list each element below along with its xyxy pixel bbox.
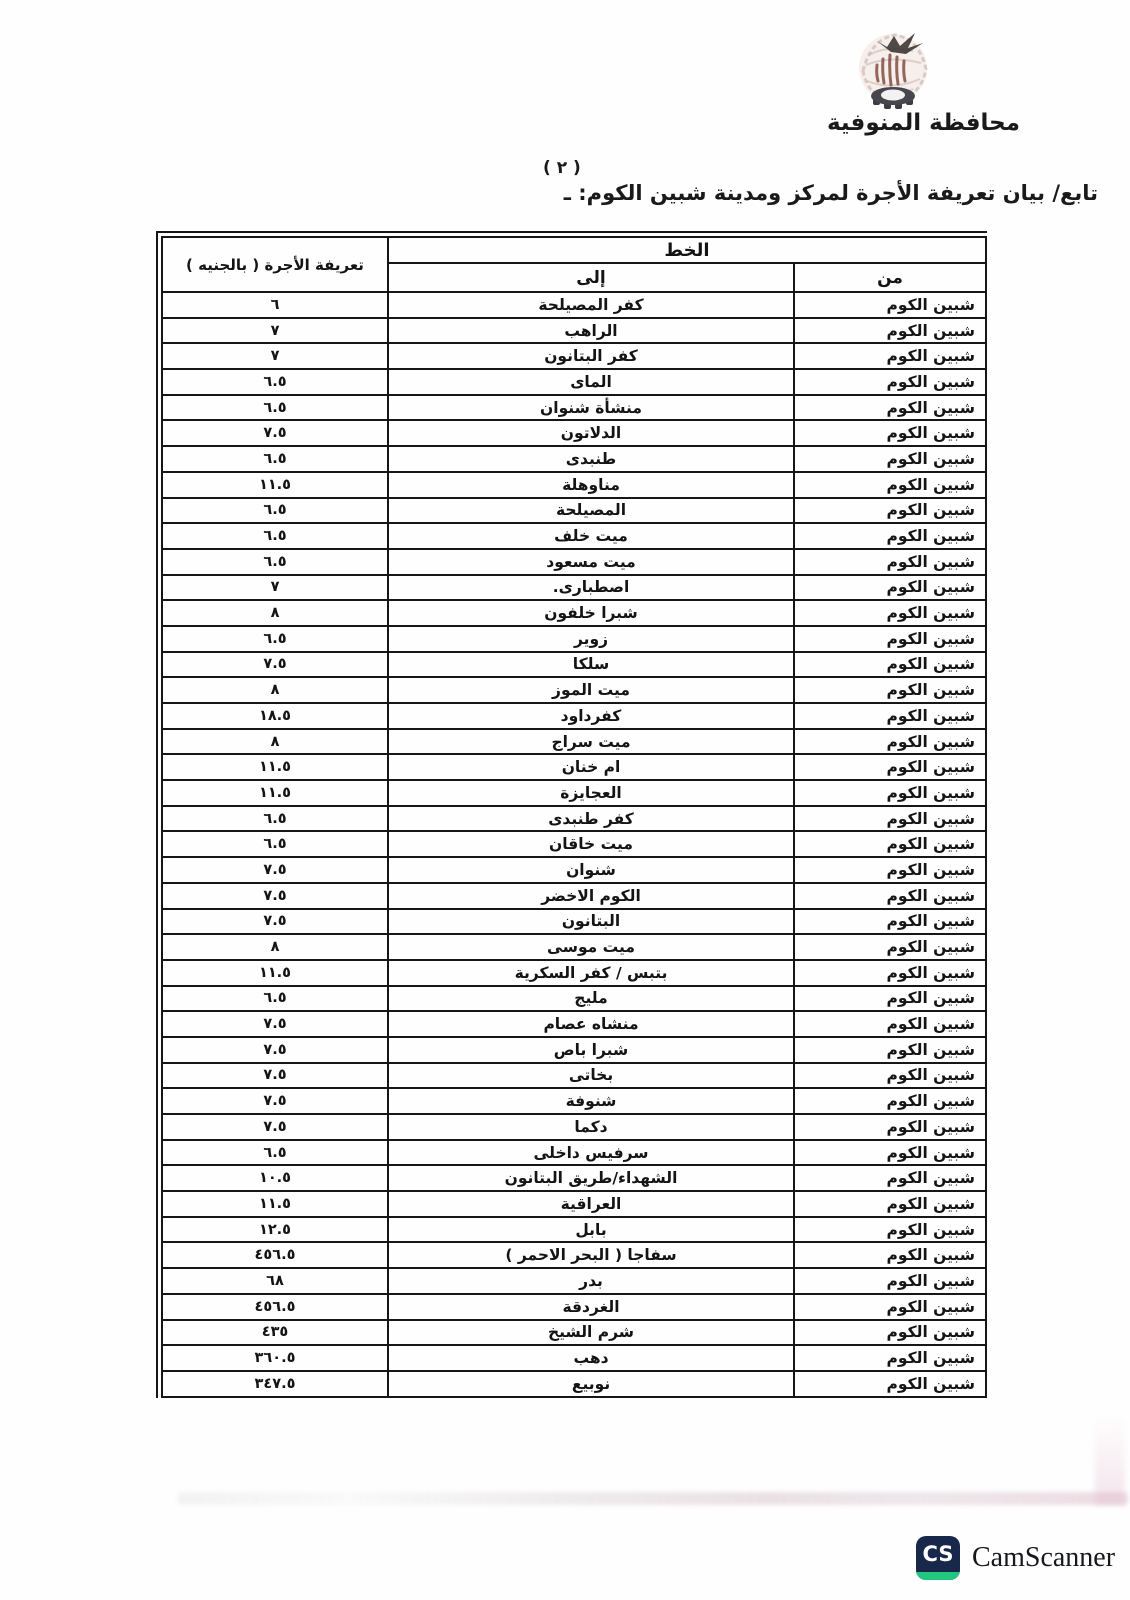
from-cell: شبين الكوم: [794, 1063, 986, 1089]
table-row: شبين الكومسلكا٧.٥: [162, 652, 986, 678]
table-row: شبين الكومشرم الشيخ٤٣٥: [162, 1320, 986, 1346]
from-cell: شبين الكوم: [794, 652, 986, 678]
fare-cell: ٧.٥: [162, 420, 388, 446]
to-cell: سفاجا ( البحر الاحمر ): [388, 1242, 794, 1268]
fare-cell: ٧.٥: [162, 883, 388, 909]
table-row: شبين الكومالعراقية١١.٥: [162, 1191, 986, 1217]
to-cell: شنوفة: [388, 1088, 794, 1114]
camscanner-icon: CS: [916, 1536, 960, 1580]
from-cell: شبين الكوم: [794, 1037, 986, 1063]
from-cell: شبين الكوم: [794, 1320, 986, 1346]
from-cell: شبين الكوم: [794, 369, 986, 395]
column-header-fare: تعريفة الأجرة ( بالجنيه ): [162, 237, 388, 292]
to-cell: كفر البتانون: [388, 343, 794, 369]
from-cell: شبين الكوم: [794, 1114, 986, 1140]
from-cell: شبين الكوم: [794, 1088, 986, 1114]
table-row: شبين الكوممليج٦.٥: [162, 986, 986, 1012]
fare-cell: ١١.٥: [162, 754, 388, 780]
from-cell: شبين الكوم: [794, 729, 986, 755]
to-cell: منشاه عصام: [388, 1011, 794, 1037]
to-cell: طنبدى: [388, 446, 794, 472]
to-cell: بابل: [388, 1217, 794, 1243]
to-cell: العراقية: [388, 1191, 794, 1217]
table-row: شبين الكوماصطبارى.٧: [162, 575, 986, 601]
table-row: شبين الكومطنبدى٦.٥: [162, 446, 986, 472]
column-header-from: من: [794, 263, 986, 292]
from-cell: شبين الكوم: [794, 395, 986, 421]
from-cell: شبين الكوم: [794, 498, 986, 524]
table-row: شبين الكومبخاتى٧.٥: [162, 1063, 986, 1089]
fare-cell: ٦.٥: [162, 395, 388, 421]
fare-cell: ٤٣٥: [162, 1320, 388, 1346]
from-cell: شبين الكوم: [794, 934, 986, 960]
table-row: شبين الكومكفر البتانون٧: [162, 343, 986, 369]
to-cell: مليج: [388, 986, 794, 1012]
to-cell: سرفيس داخلى: [388, 1140, 794, 1166]
table-row: شبين الكومالغردقة٤٥٦.٥: [162, 1294, 986, 1320]
table-row: شبين الكومالراهب٧: [162, 318, 986, 344]
table-row: شبين الكوممنشأة شنوان٦.٥: [162, 395, 986, 421]
table-row: شبين الكومنوبيع٣٤٧.٥: [162, 1371, 986, 1397]
to-cell: ميت خلف: [388, 523, 794, 549]
fare-cell: ٧.٥: [162, 1011, 388, 1037]
from-cell: شبين الكوم: [794, 909, 986, 935]
to-cell: شرم الشيخ: [388, 1320, 794, 1346]
from-cell: شبين الكوم: [794, 420, 986, 446]
from-cell: شبين الكوم: [794, 1217, 986, 1243]
to-cell: الراهب: [388, 318, 794, 344]
column-header-line: الخط: [388, 237, 986, 263]
camscanner-label: CamScanner: [972, 1542, 1115, 1574]
from-cell: شبين الكوم: [794, 703, 986, 729]
fare-cell: ٦.٥: [162, 806, 388, 832]
fare-cell: ٨: [162, 934, 388, 960]
fare-cell: ٧.٥: [162, 652, 388, 678]
from-cell: شبين الكوم: [794, 1165, 986, 1191]
from-cell: شبين الكوم: [794, 1371, 986, 1397]
table-row: شبين الكومالشهداء/طريق البتانون١٠.٥: [162, 1165, 986, 1191]
fare-cell: ١٢.٥: [162, 1217, 388, 1243]
to-cell: الدلاتون: [388, 420, 794, 446]
fare-cell: ٦.٥: [162, 498, 388, 524]
from-cell: شبين الكوم: [794, 831, 986, 857]
fare-cell: ٦.٥: [162, 369, 388, 395]
fare-cell: ١٨.٥: [162, 703, 388, 729]
table-row: شبين الكومالكوم الاخضر٧.٥: [162, 883, 986, 909]
to-cell: كفر طنبدى: [388, 806, 794, 832]
table-row: شبين الكومالبتانون٧.٥: [162, 909, 986, 935]
from-cell: شبين الكوم: [794, 472, 986, 498]
table-row: شبين الكومدهب٣٦٠.٥: [162, 1345, 986, 1371]
fare-table-body: شبين الكومكفر المصيلحة٦شبين الكومالراهب٧…: [162, 292, 986, 1397]
scanned-page: محافظة المنوفية ( ٢ ) تابع/ بيان تعريفة …: [0, 0, 1130, 1600]
fare-cell: ٦٨: [162, 1268, 388, 1294]
to-cell: بتبس / كفر السكرية: [388, 960, 794, 986]
table-row: شبين الكومالمصيلحة٦.٥: [162, 498, 986, 524]
to-cell: مناوهلة: [388, 472, 794, 498]
fare-cell: ١١.٥: [162, 960, 388, 986]
fare-cell: ٨: [162, 677, 388, 703]
fare-cell: ٣٦٠.٥: [162, 1345, 388, 1371]
table-row: شبين الكومسفاجا ( البحر الاحمر )٤٥٦.٥: [162, 1242, 986, 1268]
fare-cell: ٦.٥: [162, 446, 388, 472]
to-cell: ميت الموز: [388, 677, 794, 703]
fare-cell: ٧.٥: [162, 857, 388, 883]
camscanner-icon-text: CS: [923, 1544, 954, 1565]
from-cell: شبين الكوم: [794, 1242, 986, 1268]
table-row: شبين الكومدكما٧.٥: [162, 1114, 986, 1140]
to-cell: كفر المصيلحة: [388, 292, 794, 318]
from-cell: شبين الكوم: [794, 986, 986, 1012]
from-cell: شبين الكوم: [794, 575, 986, 601]
table-row: شبين الكوممناوهلة١١.٥: [162, 472, 986, 498]
table-row: شبين الكومشنوفة٧.٥: [162, 1088, 986, 1114]
table-row: شبين الكومكفر المصيلحة٦: [162, 292, 986, 318]
fare-cell: ٦.٥: [162, 831, 388, 857]
from-cell: شبين الكوم: [794, 677, 986, 703]
fare-cell: ١١.٥: [162, 780, 388, 806]
table-row: شبين الكومميت الموز٨: [162, 677, 986, 703]
from-cell: شبين الكوم: [794, 292, 986, 318]
table-row: شبين الكومميت خلف٦.٥: [162, 523, 986, 549]
from-cell: شبين الكوم: [794, 857, 986, 883]
document-title: تابع/ بيان تعريفة الأجرة لمركز ومدينة شب…: [564, 181, 1098, 205]
fare-cell: ٧.٥: [162, 1063, 388, 1089]
fare-cell: ٧: [162, 575, 388, 601]
governorate-name: محافظة المنوفية: [827, 110, 1020, 136]
from-cell: شبين الكوم: [794, 1140, 986, 1166]
to-cell: شبرا خلفون: [388, 600, 794, 626]
fare-cell: ٦.٥: [162, 1140, 388, 1166]
to-cell: دهب: [388, 1345, 794, 1371]
fare-cell: ١١.٥: [162, 1191, 388, 1217]
fare-cell: ٦.٥: [162, 986, 388, 1012]
from-cell: شبين الكوم: [794, 1294, 986, 1320]
fare-cell: ٦.٥: [162, 549, 388, 575]
to-cell: زوير: [388, 626, 794, 652]
table-row: شبين الكومالدلاتون٧.٥: [162, 420, 986, 446]
to-cell: الماى: [388, 369, 794, 395]
to-cell: شنوان: [388, 857, 794, 883]
table-row: شبين الكومام خنان١١.٥: [162, 754, 986, 780]
table-row: شبين الكومميت مسعود٦.٥: [162, 549, 986, 575]
from-cell: شبين الكوم: [794, 806, 986, 832]
to-cell: سلكا: [388, 652, 794, 678]
table-row: شبين الكومسرفيس داخلى٦.٥: [162, 1140, 986, 1166]
from-cell: شبين الكوم: [794, 1011, 986, 1037]
column-header-to: إلى: [388, 263, 794, 292]
from-cell: شبين الكوم: [794, 1345, 986, 1371]
from-cell: شبين الكوم: [794, 960, 986, 986]
to-cell: ميت سراج: [388, 729, 794, 755]
fare-cell: ٤٥٦.٥: [162, 1242, 388, 1268]
from-cell: شبين الكوم: [794, 780, 986, 806]
fare-cell: ٨: [162, 600, 388, 626]
to-cell: ميت مسعود: [388, 549, 794, 575]
fare-cell: ٣٤٧.٥: [162, 1371, 388, 1397]
to-cell: نوبيع: [388, 1371, 794, 1397]
fare-cell: ١٠.٥: [162, 1165, 388, 1191]
from-cell: شبين الكوم: [794, 318, 986, 344]
table-row: شبين الكومكفرداود١٨.٥: [162, 703, 986, 729]
to-cell: كفرداود: [388, 703, 794, 729]
fare-table: الخط تعريفة الأجرة ( بالجنيه ) من إلى شب…: [156, 231, 987, 1398]
table-row: شبين الكومميت خاقان٦.٥: [162, 831, 986, 857]
table-row: شبين الكومشبرا خلفون٨: [162, 600, 986, 626]
to-cell: الغردقة: [388, 1294, 794, 1320]
to-cell: بدر: [388, 1268, 794, 1294]
scan-smudge-artifact-right: [1095, 1415, 1125, 1505]
to-cell: دكما: [388, 1114, 794, 1140]
fare-cell: ٧.٥: [162, 1088, 388, 1114]
to-cell: ميت موسى: [388, 934, 794, 960]
from-cell: شبين الكوم: [794, 883, 986, 909]
camscanner-icon-strip: [916, 1572, 960, 1580]
fare-cell: ٦: [162, 292, 388, 318]
table-row: شبين الكومبتبس / كفر السكرية١١.٥: [162, 960, 986, 986]
fare-cell: ٦.٥: [162, 626, 388, 652]
from-cell: شبين الكوم: [794, 600, 986, 626]
from-cell: شبين الكوم: [794, 446, 986, 472]
from-cell: شبين الكوم: [794, 343, 986, 369]
fare-cell: ٧.٥: [162, 1037, 388, 1063]
from-cell: شبين الكوم: [794, 1268, 986, 1294]
fare-cell: ٧.٥: [162, 909, 388, 935]
to-cell: البتانون: [388, 909, 794, 935]
from-cell: شبين الكوم: [794, 549, 986, 575]
from-cell: شبين الكوم: [794, 1191, 986, 1217]
to-cell: ام خنان: [388, 754, 794, 780]
egypt-eagle-emblem-icon: [843, 20, 943, 122]
from-cell: شبين الكوم: [794, 523, 986, 549]
scan-smudge-artifact: [178, 1492, 1128, 1505]
table-row: شبين الكومالعجايزة١١.٥: [162, 780, 986, 806]
fare-cell: ٧: [162, 318, 388, 344]
to-cell: اصطبارى.: [388, 575, 794, 601]
table-row: شبين الكومشنوان٧.٥: [162, 857, 986, 883]
table-row: شبين الكومبدر٦٨: [162, 1268, 986, 1294]
to-cell: الشهداء/طريق البتانون: [388, 1165, 794, 1191]
camscanner-watermark: CS CamScanner: [916, 1534, 1115, 1582]
fare-cell: ٤٥٦.٥: [162, 1294, 388, 1320]
to-cell: العجايزة: [388, 780, 794, 806]
to-cell: شبرا باص: [388, 1037, 794, 1063]
from-cell: شبين الكوم: [794, 754, 986, 780]
fare-cell: ٦.٥: [162, 523, 388, 549]
fare-cell: ٧: [162, 343, 388, 369]
table-row: شبين الكومشبرا باص٧.٥: [162, 1037, 986, 1063]
table-row: شبين الكومالماى٦.٥: [162, 369, 986, 395]
page-number: ( ٢ ): [543, 158, 581, 178]
to-cell: منشأة شنوان: [388, 395, 794, 421]
from-cell: شبين الكوم: [794, 626, 986, 652]
table-row: شبين الكومميت سراج٨: [162, 729, 986, 755]
fare-cell: ٨: [162, 729, 388, 755]
to-cell: المصيلحة: [388, 498, 794, 524]
to-cell: ميت خاقان: [388, 831, 794, 857]
table-row: شبين الكومبابل١٢.٥: [162, 1217, 986, 1243]
to-cell: الكوم الاخضر: [388, 883, 794, 909]
table-row: شبين الكومميت موسى٨: [162, 934, 986, 960]
table-row: شبين الكومزوير٦.٥: [162, 626, 986, 652]
fare-cell: ١١.٥: [162, 472, 388, 498]
to-cell: بخاتى: [388, 1063, 794, 1089]
table-row: شبين الكوممنشاه عصام٧.٥: [162, 1011, 986, 1037]
table-row: شبين الكومكفر طنبدى٦.٥: [162, 806, 986, 832]
fare-cell: ٧.٥: [162, 1114, 388, 1140]
